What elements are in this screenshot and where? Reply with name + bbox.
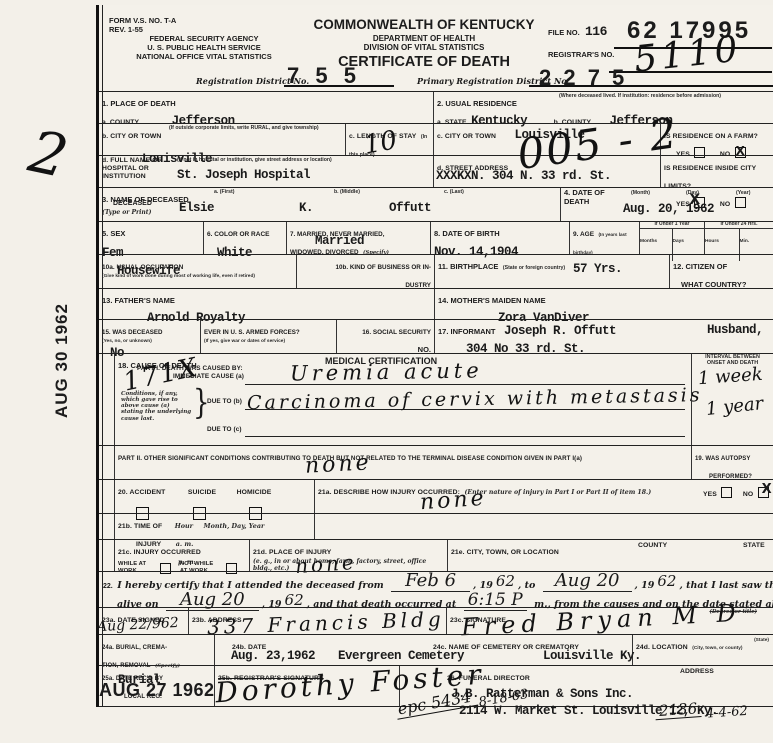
certify-19b: , 19 bbox=[635, 580, 655, 591]
ssn-label: 16. SOCIAL SECURITY bbox=[362, 329, 431, 336]
armed-forces-label: EVER IN U. S. ARMED FORCES? bbox=[204, 329, 300, 336]
certify-to-date: Aug 20 bbox=[543, 570, 632, 592]
usual-residence-label: 2. USUAL RESIDENCE bbox=[437, 99, 517, 108]
dod-value: Aug. 20, 1962 bbox=[623, 203, 714, 217]
time-injury-mdy: Month, Day, Year bbox=[204, 522, 265, 530]
file-no-label: FILE NO. bbox=[548, 29, 580, 38]
dod-month-note: (Month) bbox=[631, 191, 650, 197]
margin-pen-mark: 2 bbox=[24, 122, 72, 186]
certify-from-year: 62 bbox=[496, 572, 515, 590]
citizen-label: 12. CITIZEN OF bbox=[673, 262, 727, 271]
annotation-right-code: 2136 bbox=[655, 701, 702, 720]
side-strip-4 bbox=[99, 514, 115, 539]
dob-cell: 8. DATE OF BIRTH Nov. 14,1904 bbox=[430, 222, 569, 254]
commonwealth-title: COMMONWEALTH OF KENTUCKY bbox=[309, 17, 539, 32]
marital-value: Married bbox=[315, 235, 364, 249]
medical-cert-side-strip bbox=[99, 354, 115, 445]
was-deceased-label: 15. WAS DECEASED bbox=[102, 329, 163, 336]
row-demographics: 5. SEX Fem 6. COLOR OR RACE White 7. MAR… bbox=[99, 221, 773, 254]
res-city-label: c. CITY OR TOWN bbox=[437, 133, 496, 140]
birthplace-note: (State or foreign country) bbox=[503, 265, 565, 271]
informant-label: 17. INFORMANT bbox=[438, 327, 496, 336]
date-received-stamp: AUG 27 1962 bbox=[99, 680, 215, 701]
date-received-cell: 25a. DATE REC'D BY LOCAL REG. AUG 27 196… bbox=[99, 666, 214, 706]
place-of-injury-cell: 21d. PLACE OF INJURY (e. g., in or about… bbox=[249, 540, 447, 571]
side-strip-5 bbox=[99, 540, 115, 571]
burial-date-value: Aug. 23,1962 bbox=[231, 650, 315, 664]
name-cell: 3. NAME OF DECEASED a. (First) b. (Middl… bbox=[99, 188, 560, 221]
hospital-value: St. Joseph Hospital bbox=[177, 169, 310, 183]
time-of-injury-cell: 21b. TIME OF Hour Month, Day, Year INJUR… bbox=[115, 514, 314, 539]
business-label: 10b. KIND OF BUSINESS OR IN- bbox=[335, 264, 431, 271]
signer-address-value: 337 Francis Bldg bbox=[207, 609, 445, 637]
registrar-signature-cell: 25b. REGISTRAR'S SIGNATURE Dorothy Foste… bbox=[214, 666, 399, 706]
mother-label: 14. MOTHER'S MAIDEN NAME bbox=[438, 296, 546, 305]
injury-occurred-cell: 21c. INJURY OCCURRED WHILE AT WORK NOT W… bbox=[115, 540, 249, 571]
certify-num: 22. bbox=[103, 583, 113, 590]
location-value: Louisville Ky. bbox=[543, 650, 641, 664]
informant-name: Joseph R. Offutt bbox=[504, 324, 616, 338]
informant-relation: Husband, bbox=[707, 324, 763, 338]
funeral-address-label: ADDRESS bbox=[680, 668, 714, 676]
accident-label: 20. ACCIDENT bbox=[118, 489, 165, 496]
district-underline-2 bbox=[529, 85, 773, 87]
part2-cell: PART II. OTHER SIGNIFICANT CONDITIONS CO… bbox=[115, 446, 691, 479]
cause-a-value: Uremia acute bbox=[290, 360, 483, 384]
stay-value: 10 bbox=[362, 127, 399, 158]
dod-year-note: (Year) bbox=[736, 191, 750, 197]
row-parents: 13. FATHER'S NAME Arnold Royalty 14. MOT… bbox=[99, 288, 773, 319]
autopsy-label1: 19. WAS AUTOPSY bbox=[695, 456, 751, 462]
row-time-of-injury: 21b. TIME OF Hour Month, Day, Year INJUR… bbox=[99, 513, 773, 539]
suicide-label: SUICIDE bbox=[188, 489, 216, 496]
certify-last-saw: , that I last saw the deceased bbox=[679, 580, 773, 591]
location-label: 24d. LOCATION bbox=[636, 644, 688, 651]
occupation-value: Housewife bbox=[117, 265, 180, 279]
armed-forces-note: (If yes, give war or dates of service) bbox=[204, 339, 333, 344]
middle-name-value: K. bbox=[299, 202, 313, 216]
under-1yr-cell: If Under 1 Year Months Days bbox=[639, 222, 704, 254]
limits-question-cell: IS RESIDENCE INSIDE CITY LIMITS? YES X N… bbox=[660, 156, 773, 187]
part2-value: none bbox=[304, 452, 372, 477]
mother-cell: 14. MOTHER'S MAIDEN NAME Zora VanDiver bbox=[434, 289, 773, 319]
registrar-no-label: REGISTRAR'S NO. bbox=[548, 51, 614, 60]
district-underline-1 bbox=[284, 85, 394, 87]
row-signature: 23a. DATE SIGNED Aug 22/962 23b. ADDRESS… bbox=[99, 607, 773, 634]
marital-cell: 7. MARRIED, NEVER MARRIED, WIDOWED, DIVO… bbox=[286, 222, 430, 254]
length-of-stay-cell: c. LENGTH OF STAY (In this place) 10 bbox=[345, 124, 433, 155]
certificate: FORM V.S. NO. T-A REV. 1-55 FEDERAL SECU… bbox=[96, 5, 773, 707]
registrar-no-underline bbox=[609, 71, 772, 73]
describe-injury-value: none bbox=[419, 488, 487, 515]
certify-from-date: Feb 6 bbox=[391, 570, 470, 592]
dod-label: 4. DATE OF DEATH bbox=[564, 189, 606, 206]
city-label: b. CITY OR TOWN bbox=[102, 133, 161, 140]
sex-cell: 5. SEX Fem bbox=[99, 222, 203, 254]
hospital-cell: d. FULL NAME OF HOSPITAL OR INSTITUTION … bbox=[99, 156, 433, 187]
birthplace-label: 11. BIRTHPLACE bbox=[438, 262, 498, 271]
name-sub: (Type or Print) bbox=[102, 210, 151, 217]
time-injury-hour: Hour bbox=[175, 522, 193, 530]
under-24hr-cell: If Under 24 Hrs. Hours Min. bbox=[704, 222, 773, 254]
business-cell: 10b. KIND OF BUSINESS OR IN- DUSTRY bbox=[296, 255, 434, 288]
first-name-value: Elsie bbox=[179, 202, 214, 216]
row-hospital-street: d. FULL NAME OF HOSPITAL OR INSTITUTION … bbox=[99, 155, 773, 187]
cause-of-death-section: 18. CAUSE OF DEATH MEDICAL CERTIFICATION… bbox=[99, 353, 773, 445]
father-label: 13. FATHER'S NAME bbox=[102, 296, 175, 305]
side-strip-3 bbox=[99, 480, 115, 513]
hospital-label: d. FULL NAME OF HOSPITAL OR INSTITUTION bbox=[102, 157, 168, 180]
race-label: 6. COLOR OR RACE bbox=[207, 231, 269, 238]
homicide-label: HOMICIDE bbox=[237, 489, 272, 496]
interval-cell: INTERVAL BETWEEN ONSET AND DEATH 1 week … bbox=[691, 354, 773, 445]
row-occupation: 10a. USUAL OCCUPATION (Give kind of work… bbox=[99, 254, 773, 288]
cause-main-cell: 18. CAUSE OF DEATH MEDICAL CERTIFICATION… bbox=[115, 354, 691, 445]
informant-cell: 17. INFORMANT Joseph R. Offutt Husband, … bbox=[434, 320, 773, 353]
min-label: Min. bbox=[740, 239, 750, 244]
race-cell: 6. COLOR OR RACE White bbox=[203, 222, 286, 254]
age-cell: 9. AGE (In years last birthday) 57 Yrs. bbox=[569, 222, 639, 254]
accident-cell: 20. ACCIDENT SUICIDE HOMICIDE bbox=[115, 480, 314, 513]
side-strip-2 bbox=[99, 446, 115, 479]
dept-title: DEPARTMENT OF HEALTH bbox=[309, 34, 539, 43]
armed-forces-cell: EVER IN U. S. ARMED FORCES? (If yes, giv… bbox=[200, 320, 336, 353]
due-to-b-label: DUE TO (b) bbox=[207, 398, 242, 405]
dob-label: 8. DATE OF BIRTH bbox=[434, 229, 500, 238]
file-no-typed: 116 bbox=[585, 25, 607, 39]
was-deceased-cell: 15. WAS DECEASED (Yes, no, or unknown) N… bbox=[99, 320, 200, 353]
cemetery-location-cell: 24d. LOCATION (City, town, or county) (S… bbox=[632, 635, 773, 665]
hospital-note: (If not in hospital or institution, give… bbox=[177, 158, 427, 164]
was-deceased-note: (Yes, no, or unknown) bbox=[102, 339, 197, 344]
injury-city-label: 21e. CITY, TOWN, OR LOCATION bbox=[451, 549, 559, 556]
form-revision: REV. 1-55 bbox=[109, 26, 143, 35]
describe-injury-note: (Enter nature of injury in Part I or Par… bbox=[464, 489, 651, 496]
ssn-cell: 16. SOCIAL SECURITY NO. bbox=[336, 320, 434, 353]
division-title: DIVISION OF VITAL STATISTICS bbox=[309, 43, 539, 52]
city-note: (If outside corporate limits, write RURA… bbox=[169, 126, 339, 132]
last-note: c. (Last) bbox=[444, 190, 464, 196]
injury-city-cell: 21e. CITY, TOWN, OR LOCATION COUNTY STAT… bbox=[447, 540, 773, 571]
certify-to-year: 62 bbox=[657, 572, 676, 590]
date-of-death-cell: 4. DATE OF DEATH (Month) (Day) (Year) Au… bbox=[560, 188, 773, 221]
time-injury-label1: 21b. TIME OF bbox=[118, 523, 162, 530]
usual-residence-note: (Where deceased lived. If institution: r… bbox=[559, 94, 769, 100]
location-note2: (State) bbox=[754, 638, 769, 643]
time-of-injury-blank bbox=[314, 514, 773, 539]
agency-line3: NATIONAL OFFICE VITAL STATISTICS bbox=[109, 53, 299, 62]
row-informant: 15. WAS DECEASED (Yes, no, or unknown) N… bbox=[99, 319, 773, 353]
injury-county-label: COUNTY bbox=[638, 542, 667, 550]
scanned-death-certificate-page: 2 AUG 30 1962 FORM V.S. NO. T-A REV. 1-5… bbox=[0, 0, 773, 743]
describe-injury-cell: 21a. DESCRIBE HOW INJURY OCCURRED: (Ente… bbox=[314, 480, 773, 513]
line-c bbox=[245, 436, 685, 437]
signature-cell: 23c. SIGNATURE (Degree or title) Fred Br… bbox=[446, 608, 773, 634]
row-injury-location: 21c. INJURY OCCURRED WHILE AT WORK NOT W… bbox=[99, 539, 773, 571]
annotation-right: 2136 4-4-62 bbox=[654, 697, 748, 721]
part2-row: PART II. OTHER SIGNIFICANT CONDITIONS CO… bbox=[99, 445, 773, 479]
date-signed-value: Aug 22/962 bbox=[97, 616, 179, 634]
citizen-cell: 12. CITIZEN OF WHAT COUNTRY? bbox=[669, 255, 773, 288]
dod-day-note: (Day) bbox=[686, 191, 699, 197]
margin-date-stamp: AUG 30 1962 bbox=[52, 288, 72, 433]
middle-note: b. (Middle) bbox=[334, 190, 360, 196]
injury-state-label: STATE bbox=[743, 542, 765, 550]
occupation-cell: 10a. USUAL OCCUPATION (Give kind of work… bbox=[99, 255, 296, 288]
city-or-town-cell: b. CITY OR TOWN (If outside corporate li… bbox=[99, 124, 345, 155]
hours-label: Hours bbox=[705, 239, 719, 244]
annotation-right-date: 4-4-62 bbox=[705, 704, 748, 722]
months-label: Months bbox=[640, 239, 657, 244]
location-note: (City, town, or county) bbox=[692, 646, 742, 651]
days-label: Days bbox=[673, 239, 684, 244]
interval-b-value: 1 year bbox=[705, 395, 764, 419]
burial-cell: 24a. BURIAL, CREMA- TION, REMOVAL (Speci… bbox=[99, 635, 214, 665]
place-of-death-label: 1. PLACE OF DEATH bbox=[102, 99, 176, 108]
signer-address-cell: 23b. ADDRESS 337 Francis Bldg bbox=[188, 608, 446, 634]
injury-occurred-label: 21c. INJURY OCCURRED bbox=[118, 549, 201, 556]
autopsy-cell: 19. WAS AUTOPSY PERFORMED? YES NO X bbox=[691, 446, 773, 479]
age-label: 9. AGE bbox=[573, 231, 594, 238]
primary-district-stamp: 2 2 7 5 bbox=[539, 65, 627, 91]
place-of-death-cell: 1. PLACE OF DEATH a. COUNTY Jefferson bbox=[99, 92, 433, 123]
due-to-c-label: DUE TO (c) bbox=[207, 426, 242, 433]
row-accident: 20. ACCIDENT SUICIDE HOMICIDE 21a. DESCR… bbox=[99, 479, 773, 513]
birthplace-cell: 11. BIRTHPLACE (State or foreign country… bbox=[434, 255, 669, 288]
sex-label: 5. SEX bbox=[102, 229, 125, 238]
deceased-word: DECEASED bbox=[113, 200, 152, 208]
first-note: a. (First) bbox=[214, 190, 234, 196]
father-cell: 13. FATHER'S NAME Arnold Royalty bbox=[99, 289, 434, 319]
row-name-dod: 3. NAME OF DECEASED a. (First) b. (Middl… bbox=[99, 187, 773, 221]
date-signed-cell: 23a. DATE SIGNED Aug 22/962 bbox=[99, 608, 188, 634]
last-name-value: Offutt bbox=[389, 202, 431, 216]
burial-label: 24a. BURIAL, CREMA- bbox=[102, 645, 167, 651]
interval-a-value: 1 week bbox=[697, 366, 763, 388]
